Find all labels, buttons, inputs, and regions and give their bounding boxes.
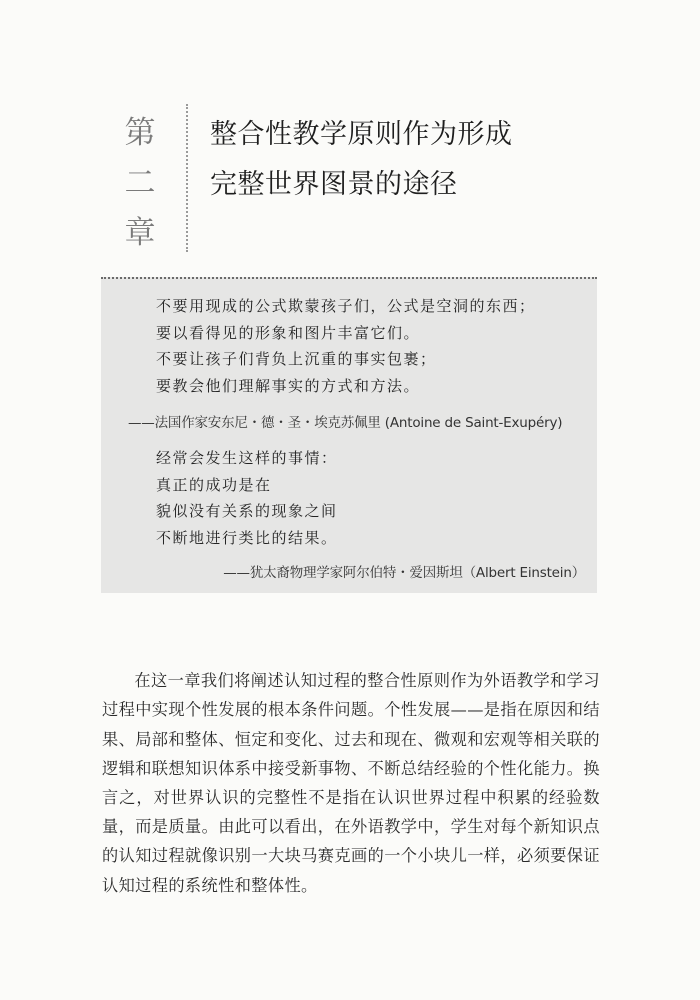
verse-line: 不断地进行类比的结果。 <box>156 525 338 552</box>
verse-line: 不要让孩子们背负上沉重的事实包裹； <box>156 346 536 373</box>
chapter-title-line-1: 整合性教学原则作为形成 <box>210 110 513 160</box>
epigraph-box: 不要用现成的公式欺蒙孩子们，公式是空洞的东西； 要以看得见的形象和图片丰富它们。… <box>101 277 597 593</box>
epigraph-1-verse: 不要用现成的公式欺蒙孩子们，公式是空洞的东西； 要以看得见的形象和图片丰富它们。… <box>156 293 536 399</box>
chapter-title: 整合性教学原则作为形成 完整世界图景的途径 <box>210 110 513 210</box>
verse-line: 经常会发生这样的事情： <box>156 445 338 472</box>
epigraph-2-attribution: ——犹太裔物理学家阿尔伯特・爱因斯坦（Albert Einstein） <box>223 561 585 581</box>
epigraph-2-verse: 经常会发生这样的事情： 真正的成功是在 貌似没有关系的现象之间 不断地进行类比的… <box>156 445 338 551</box>
chapter-number-label: 第 二 章 <box>118 108 162 258</box>
verse-line: 貌似没有关系的现象之间 <box>156 498 338 525</box>
verse-line: 真正的成功是在 <box>156 472 338 499</box>
body-paragraph: 在这一章我们将阐述认知过程的整合性原则作为外语教学和学习过程中实现个性发展的根本… <box>102 666 600 900</box>
chapter-title-line-2: 完整世界图景的途径 <box>210 160 513 210</box>
verse-line: 要以看得见的形象和图片丰富它们。 <box>156 320 536 347</box>
chapter-divider-dotted-line <box>186 104 188 252</box>
chapter-char-3: 章 <box>125 208 156 258</box>
chapter-char-1: 第 <box>125 108 156 158</box>
verse-line: 要教会他们理解事实的方式和方法。 <box>156 373 536 400</box>
epigraph-1-attribution: ——法国作家安东尼・德・圣・埃克苏佩里 (Antoine de Saint-Ex… <box>128 411 562 431</box>
chapter-char-2: 二 <box>125 158 156 208</box>
verse-line: 不要用现成的公式欺蒙孩子们，公式是空洞的东西； <box>156 293 536 320</box>
